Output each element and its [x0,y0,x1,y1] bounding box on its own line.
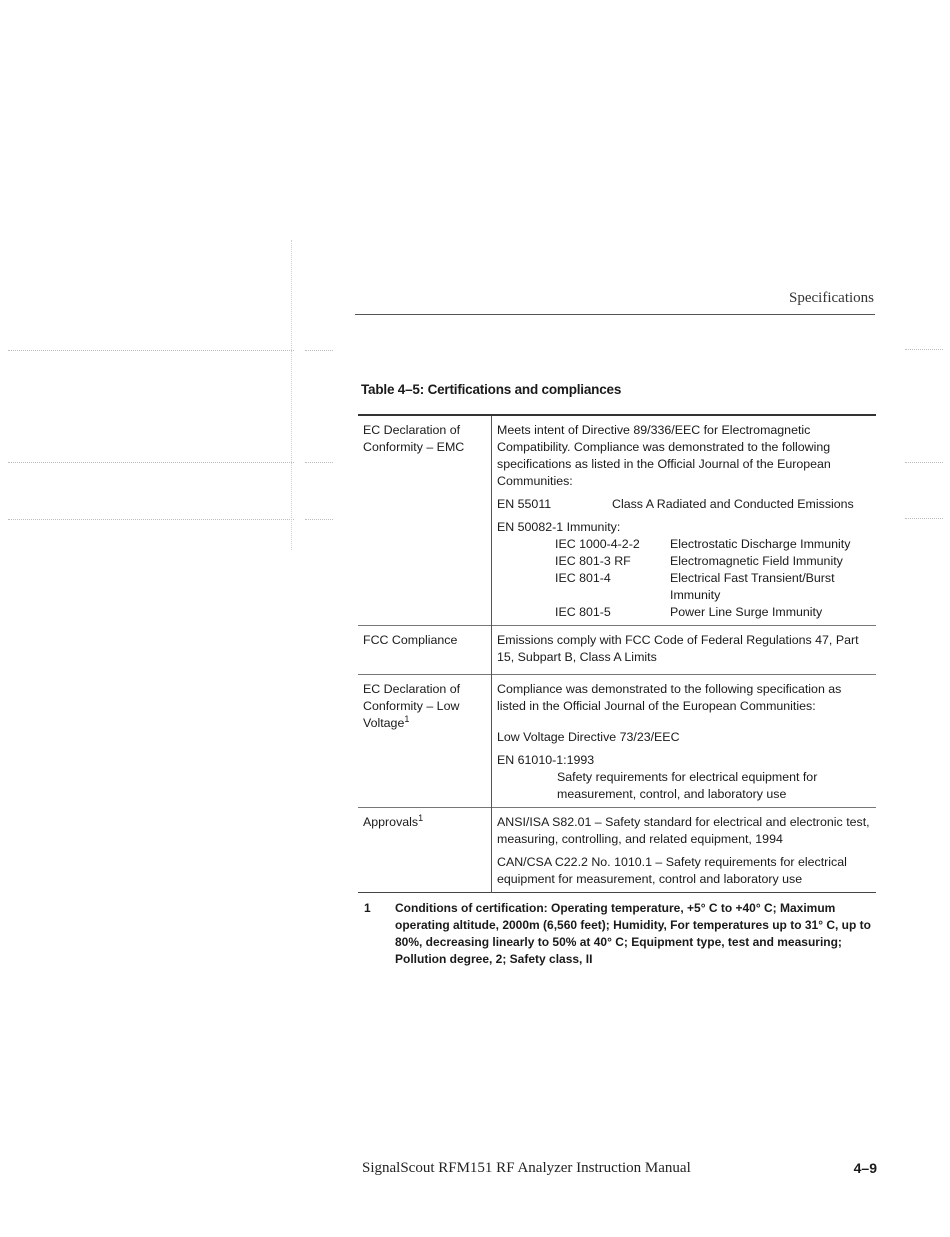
emissions-spec: EN 55011 Class A Radiated and Conducted … [497,496,870,513]
scan-artifact-line [305,519,333,520]
spec-code: IEC 801-4 [497,570,670,604]
immunity-item: IEC 801-3 RF Electromagnetic Field Immun… [497,553,870,570]
lv-standard-desc: Safety requirements for electrical equip… [497,769,870,803]
row-label: Approvals1 [358,808,492,893]
spec-name: Electromagnetic Field Immunity [670,553,860,570]
immunity-heading: EN 50082-1 Immunity: [497,519,870,536]
row-description: ANSI/ISA S82.01 – Safety standard for el… [492,808,877,893]
row-label: FCC Compliance [358,626,492,675]
table-title: Table 4–5: Certifications and compliance… [361,382,621,397]
lv-intro: Compliance was demonstrated to the follo… [497,681,870,715]
table-footnote: 1 Conditions of certification: Operating… [364,900,874,968]
scan-artifact-line [8,519,294,520]
spec-code: IEC 801-3 RF [497,553,670,570]
scan-artifact-margin [291,240,292,550]
table-row: EC Declaration of Conformity – EMC Meets… [358,415,876,626]
scan-artifact-line [305,462,333,463]
row-label-text: EC Declaration of Conformity – EMC [363,423,464,454]
table-row: FCC Compliance Emissions comply with FCC… [358,626,876,675]
spec-name: Electrostatic Discharge Immunity [670,536,860,553]
row-label-text: FCC Compliance [363,633,457,647]
emc-intro: Meets intent of Directive 89/336/EEC for… [497,422,870,490]
scan-artifact-line [905,462,943,463]
header-rule [355,314,875,315]
row-label-text: Approvals [363,815,418,829]
row-description: Compliance was demonstrated to the follo… [492,675,877,808]
immunity-item: IEC 801-5 Power Line Surge Immunity [497,604,870,621]
scan-artifact-line [905,349,943,350]
immunity-item: IEC 1000-4-2-2 Electrostatic Discharge I… [497,536,870,553]
table-row: Approvals1 ANSI/ISA S82.01 – Safety stan… [358,808,876,893]
certifications-table: EC Declaration of Conformity – EMC Meets… [358,414,876,893]
row-description: Meets intent of Directive 89/336/EEC for… [492,415,877,626]
spec-code: EN 55011 [497,496,612,513]
spec-name: Power Line Surge Immunity [670,604,860,621]
scan-artifact-line [8,462,294,463]
running-head: Specifications [789,290,874,307]
row-label: EC Declaration of Conformity – EMC [358,415,492,626]
approval-item: ANSI/ISA S82.01 – Safety standard for el… [497,814,870,848]
lv-standard: EN 61010-1:1993 [497,752,870,769]
row-description: Emissions comply with FCC Code of Federa… [492,626,877,675]
spec-code: IEC 1000-4-2-2 [497,536,670,553]
scan-artifact-line [905,518,943,519]
lv-directive: Low Voltage Directive 73/23/EEC [497,729,870,746]
spec-name: Electrical Fast Transient/Burst Immunity [670,570,860,604]
scan-artifact-line [8,350,294,351]
row-label: EC Declaration of Conformity – Low Volta… [358,675,492,808]
footnote-text: Conditions of certification: Operating t… [395,900,874,968]
footnote-ref: 1 [418,813,423,823]
approval-item: CAN/CSA C22.2 No. 1010.1 – Safety requir… [497,854,870,888]
row-label-text: EC Declaration of Conformity – Low Volta… [363,682,460,730]
immunity-item: IEC 801-4 Electrical Fast Transient/Burs… [497,570,870,604]
footnote-number: 1 [364,900,395,968]
scan-artifact-line [305,350,333,351]
table-row: EC Declaration of Conformity – Low Volta… [358,675,876,808]
spec-code: IEC 801-5 [497,604,670,621]
fcc-text: Emissions comply with FCC Code of Federa… [497,632,870,666]
manual-title: SignalScout RFM151 RF Analyzer Instructi… [362,1160,691,1177]
footnote-ref: 1 [404,714,409,724]
page-number: 4–9 [854,1160,877,1176]
immunity-list: IEC 1000-4-2-2 Electrostatic Discharge I… [497,536,870,621]
spec-name: Class A Radiated and Conducted Emissions [612,496,854,513]
